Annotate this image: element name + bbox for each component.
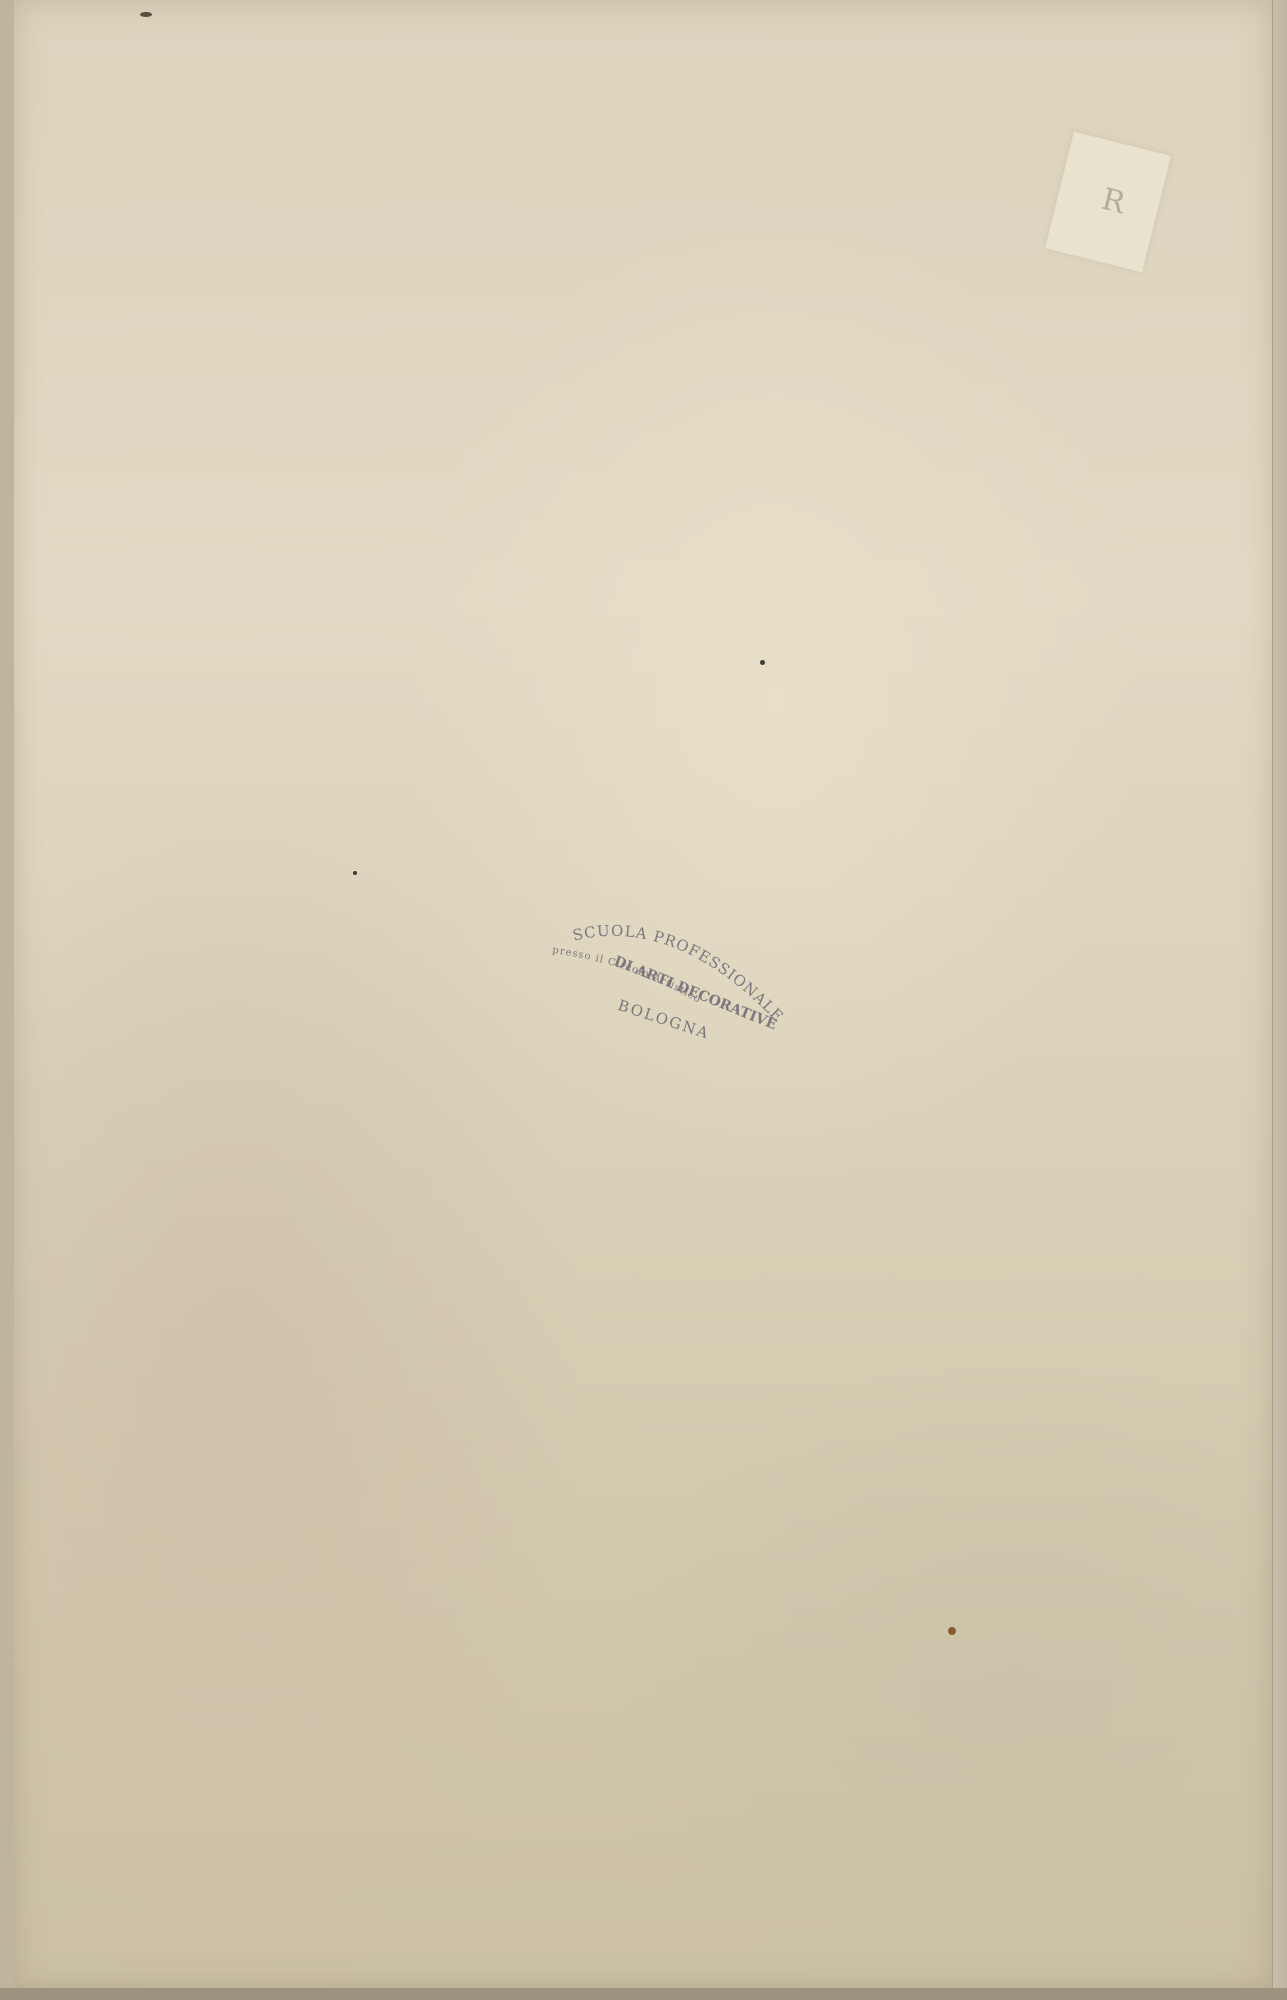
stamp-line-1: SCUOLA PROFESSIONALE <box>561 914 796 1027</box>
paper-speck <box>353 871 357 875</box>
svg-text:SCUOLA PROFESSIONALE: SCUOLA PROFESSIONALE <box>561 914 796 1027</box>
paper-speck <box>140 12 152 17</box>
paper-speck <box>760 660 765 665</box>
mount-bottom-edge <box>0 1988 1287 2000</box>
mount-right-edge <box>1272 0 1287 2000</box>
foxing-spot <box>948 1627 956 1635</box>
